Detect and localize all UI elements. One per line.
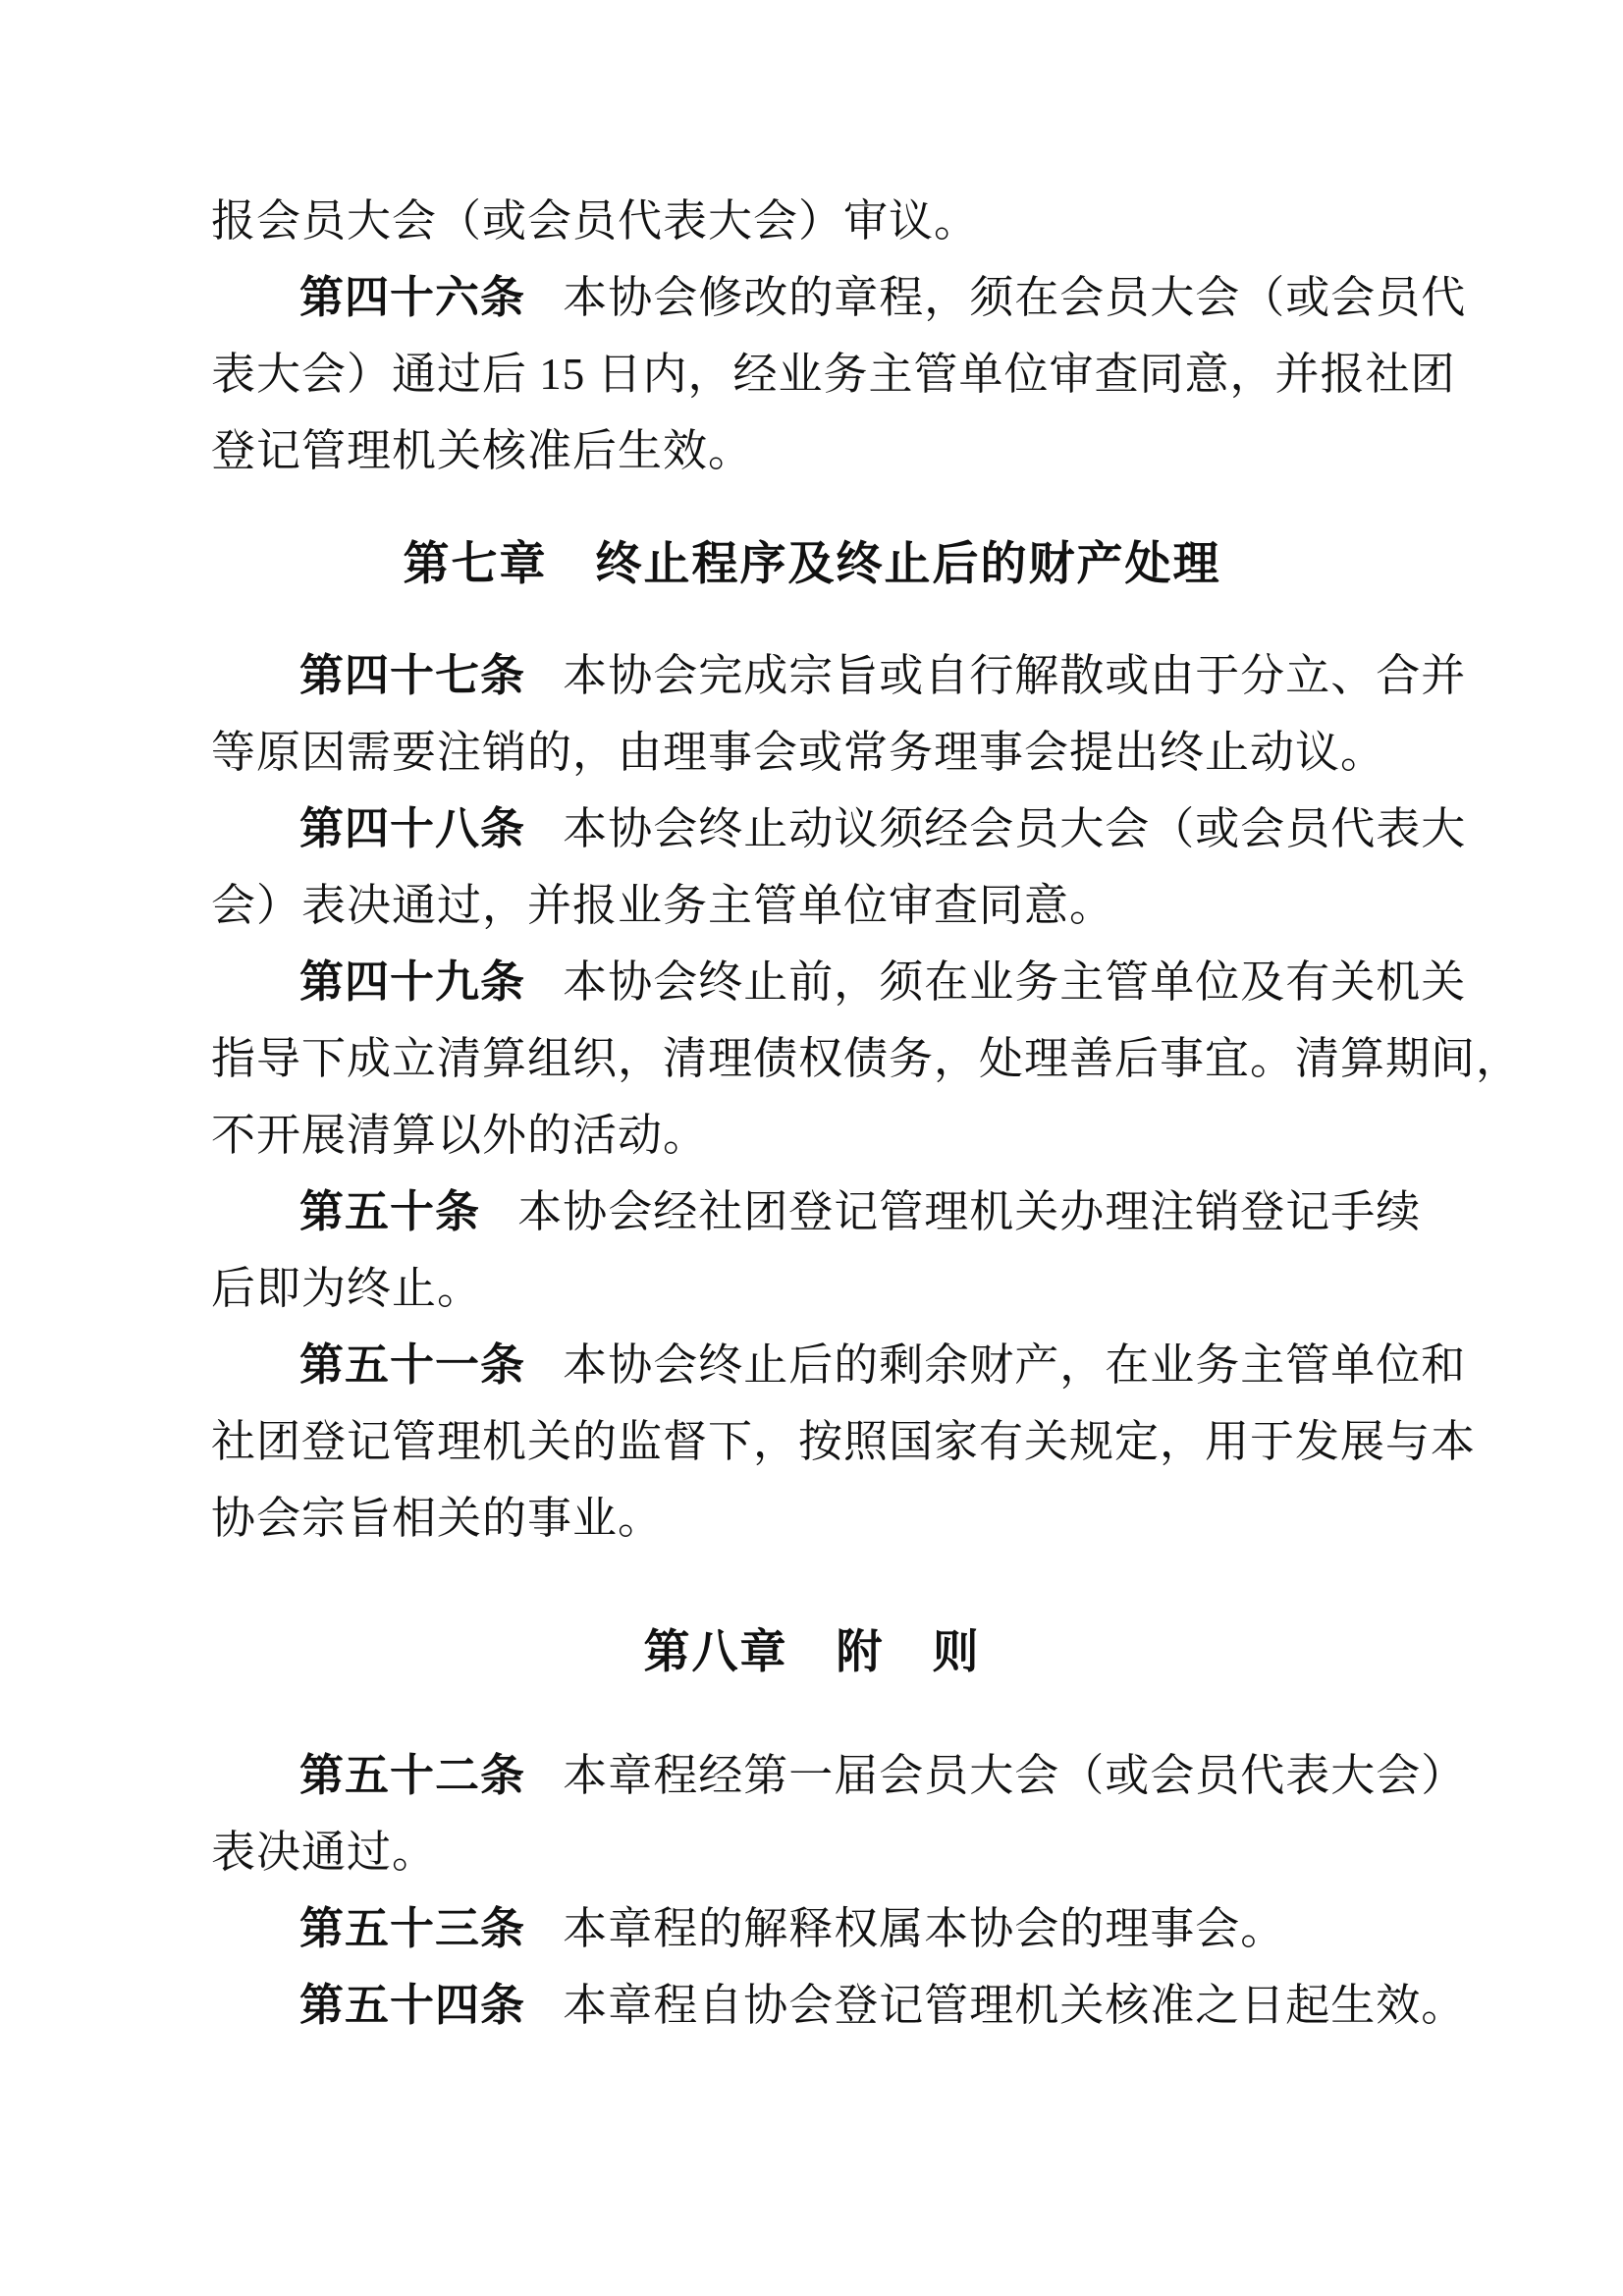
line-text: 等原因需要注销的，由理事会或常务理事会提出终止动议。: [211, 728, 1385, 777]
line-text: 表大会）通过后 15 日内，经业务主管单位审查同意，并报社团: [211, 350, 1456, 399]
line-text: 报会员大会（或会员代表大会）审议。: [211, 196, 979, 246]
article-number: 第五十四条: [299, 1981, 525, 2030]
article-number: 第四十八条: [299, 804, 525, 853]
body-line: 协会宗旨相关的事业。: [211, 1480, 1413, 1557]
article-number: 第五十条: [299, 1187, 480, 1236]
line-text: 协会宗旨相关的事业。: [211, 1494, 663, 1543]
document-page: 报会员大会（或会员代表大会）审议。 第四十六条本协会修改的章程，须在会员大会（或…: [0, 0, 1623, 2296]
line-text: 本协会终止前，须在业务主管单位及有关机关: [563, 957, 1466, 1007]
article-line: 第四十六条本协会修改的章程，须在会员大会（或会员代: [211, 259, 1413, 336]
line-text: 社团登记管理机关的监督下，按照国家有关规定，用于发展与本: [211, 1417, 1476, 1466]
article-line: 第四十九条本协会终止前，须在业务主管单位及有关机关: [211, 944, 1413, 1020]
line-text: 会）表决通过，并报业务主管单位审查同意。: [211, 881, 1114, 930]
body-line: 会）表决通过，并报业务主管单位审查同意。: [211, 867, 1413, 944]
body-line: 登记管理机关核准后生效。: [211, 412, 1413, 489]
line-text: 本协会终止后的剩余财产，在业务主管单位和: [563, 1340, 1466, 1390]
body-line: 指导下成立清算组织，清理债权债务，处理善后事宜。清算期间，: [211, 1020, 1413, 1097]
article-number: 第五十三条: [299, 1904, 525, 1953]
article-line: 第四十八条本协会终止动议须经会员大会（或会员代表大: [211, 791, 1413, 867]
line-text: 本协会经社团登记管理机关办理注销登记手续: [517, 1187, 1421, 1236]
article-number: 第四十六条: [299, 273, 525, 322]
article-number: 第四十九条: [299, 957, 525, 1007]
line-text: 本章程自协会登记管理机关核准之日起生效。: [563, 1981, 1466, 2030]
line-text: 登记管理机关核准后生效。: [211, 426, 753, 475]
body-line: 社团登记管理机关的监督下，按照国家有关规定，用于发展与本: [211, 1403, 1413, 1480]
body-line: 不开展清算以外的活动。: [211, 1097, 1413, 1174]
chapter-7-heading: 第七章 终止程序及终止后的财产处理: [211, 526, 1413, 603]
line-text: 本协会终止动议须经会员大会（或会员代表大: [563, 804, 1466, 853]
line-text: 指导下成立清算组织，清理债权债务，处理善后事宜。清算期间，: [211, 1034, 1521, 1083]
line-text: 后即为终止。: [211, 1264, 482, 1313]
body-line: 表大会）通过后 15 日内，经业务主管单位审查同意，并报社团: [211, 336, 1413, 412]
body-line: 等原因需要注销的，由理事会或常务理事会提出终止动议。: [211, 714, 1413, 791]
article-line: 第四十七条本协会完成宗旨或自行解散或由于分立、合并: [211, 637, 1413, 714]
line-text: 不开展清算以外的活动。: [211, 1111, 708, 1160]
line-text: 表决通过。: [211, 1828, 437, 1877]
line-text: 本协会修改的章程，须在会员大会（或会员代: [563, 273, 1466, 322]
document-body: 报会员大会（或会员代表大会）审议。 第四十六条本协会修改的章程，须在会员大会（或…: [211, 183, 1413, 2044]
chapter-8-heading: 第八章 附 则: [211, 1614, 1413, 1691]
article-line: 第五十四条本章程自协会登记管理机关核准之日起生效。: [211, 1967, 1413, 2044]
article-line: 第五十条本协会经社团登记管理机关办理注销登记手续: [211, 1174, 1413, 1250]
article-number: 第五十二条: [299, 1751, 525, 1800]
body-line: 后即为终止。: [211, 1250, 1413, 1327]
article-line: 第五十二条本章程经第一届会员大会（或会员代表大会）: [211, 1737, 1413, 1814]
line-text: 本协会完成宗旨或自行解散或由于分立、合并: [563, 651, 1466, 700]
article-number: 第五十一条: [299, 1340, 525, 1390]
body-line: 报会员大会（或会员代表大会）审议。: [211, 183, 1413, 259]
line-text: 本章程的解释权属本协会的理事会。: [563, 1904, 1285, 1953]
article-line: 第五十一条本协会终止后的剩余财产，在业务主管单位和: [211, 1327, 1413, 1403]
article-line: 第五十三条本章程的解释权属本协会的理事会。: [211, 1890, 1413, 1967]
line-text: 本章程经第一届会员大会（或会员代表大会）: [563, 1751, 1466, 1800]
body-line: 表决通过。: [211, 1814, 1413, 1890]
article-number: 第四十七条: [299, 651, 525, 700]
